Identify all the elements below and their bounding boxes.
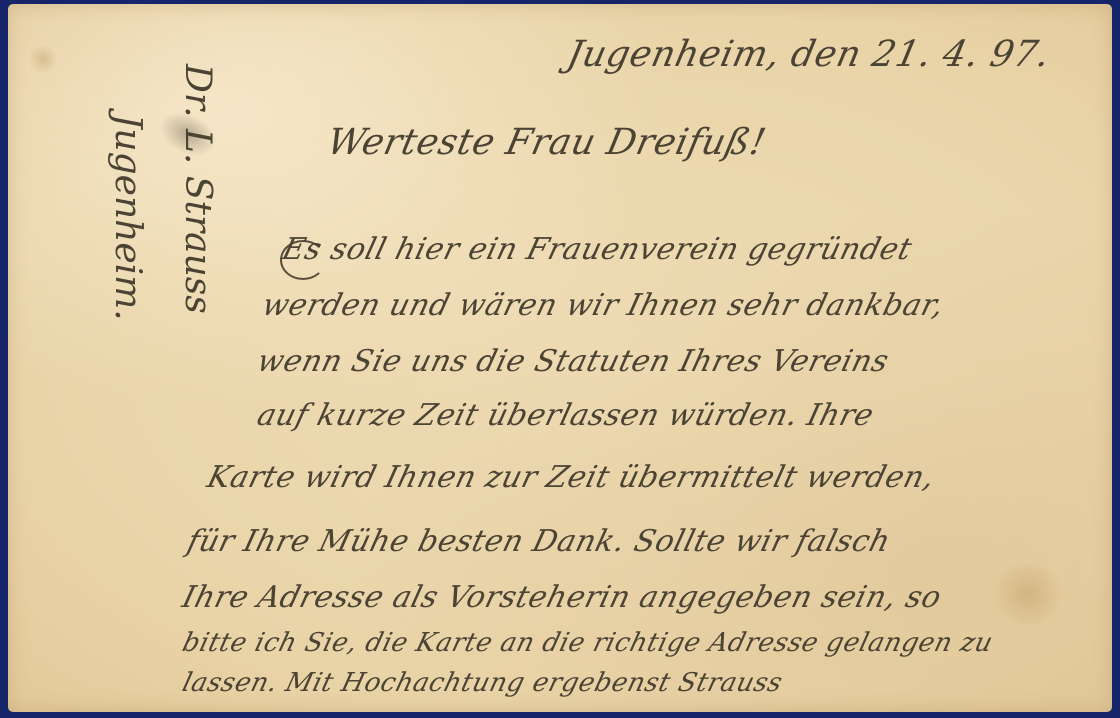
paper-stain bbox=[28, 44, 58, 74]
greeting: Werteste Frau Dreifuß! bbox=[324, 122, 770, 163]
body-line: wenn Sie uns die Statuten Ihres Vereins bbox=[254, 344, 893, 379]
body-line: bitte ich Sie, die Karte an die richtige… bbox=[179, 628, 996, 658]
body-line: Ihre Adresse als Vorsteherin angegeben s… bbox=[179, 580, 945, 615]
margin-sender: Dr. L. Strauss bbox=[177, 64, 218, 314]
body-line: werden und wären wir Ihnen sehr dankbar, bbox=[259, 288, 948, 323]
paper-stain bbox=[988, 564, 1068, 624]
body-line: für Ihre Mühe besten Dank. Sollte wir fa… bbox=[184, 524, 894, 559]
body-line: Es soll hier ein Frauenverein gegründet bbox=[279, 232, 916, 267]
body-line: auf kurze Zeit überlassen würden. Ihre bbox=[254, 398, 878, 433]
body-line: Karte wird Ihnen zur Zeit übermittelt we… bbox=[204, 460, 939, 495]
postcard: Jugenheim, den 21. 4. 97. Werteste Frau … bbox=[8, 4, 1112, 712]
date-line: Jugenheim, den 21. 4. 97. bbox=[564, 34, 1054, 75]
body-line: lassen. Mit Hochachtung ergebenst Straus… bbox=[179, 668, 785, 698]
margin-place: Jugenheim. bbox=[107, 114, 148, 321]
